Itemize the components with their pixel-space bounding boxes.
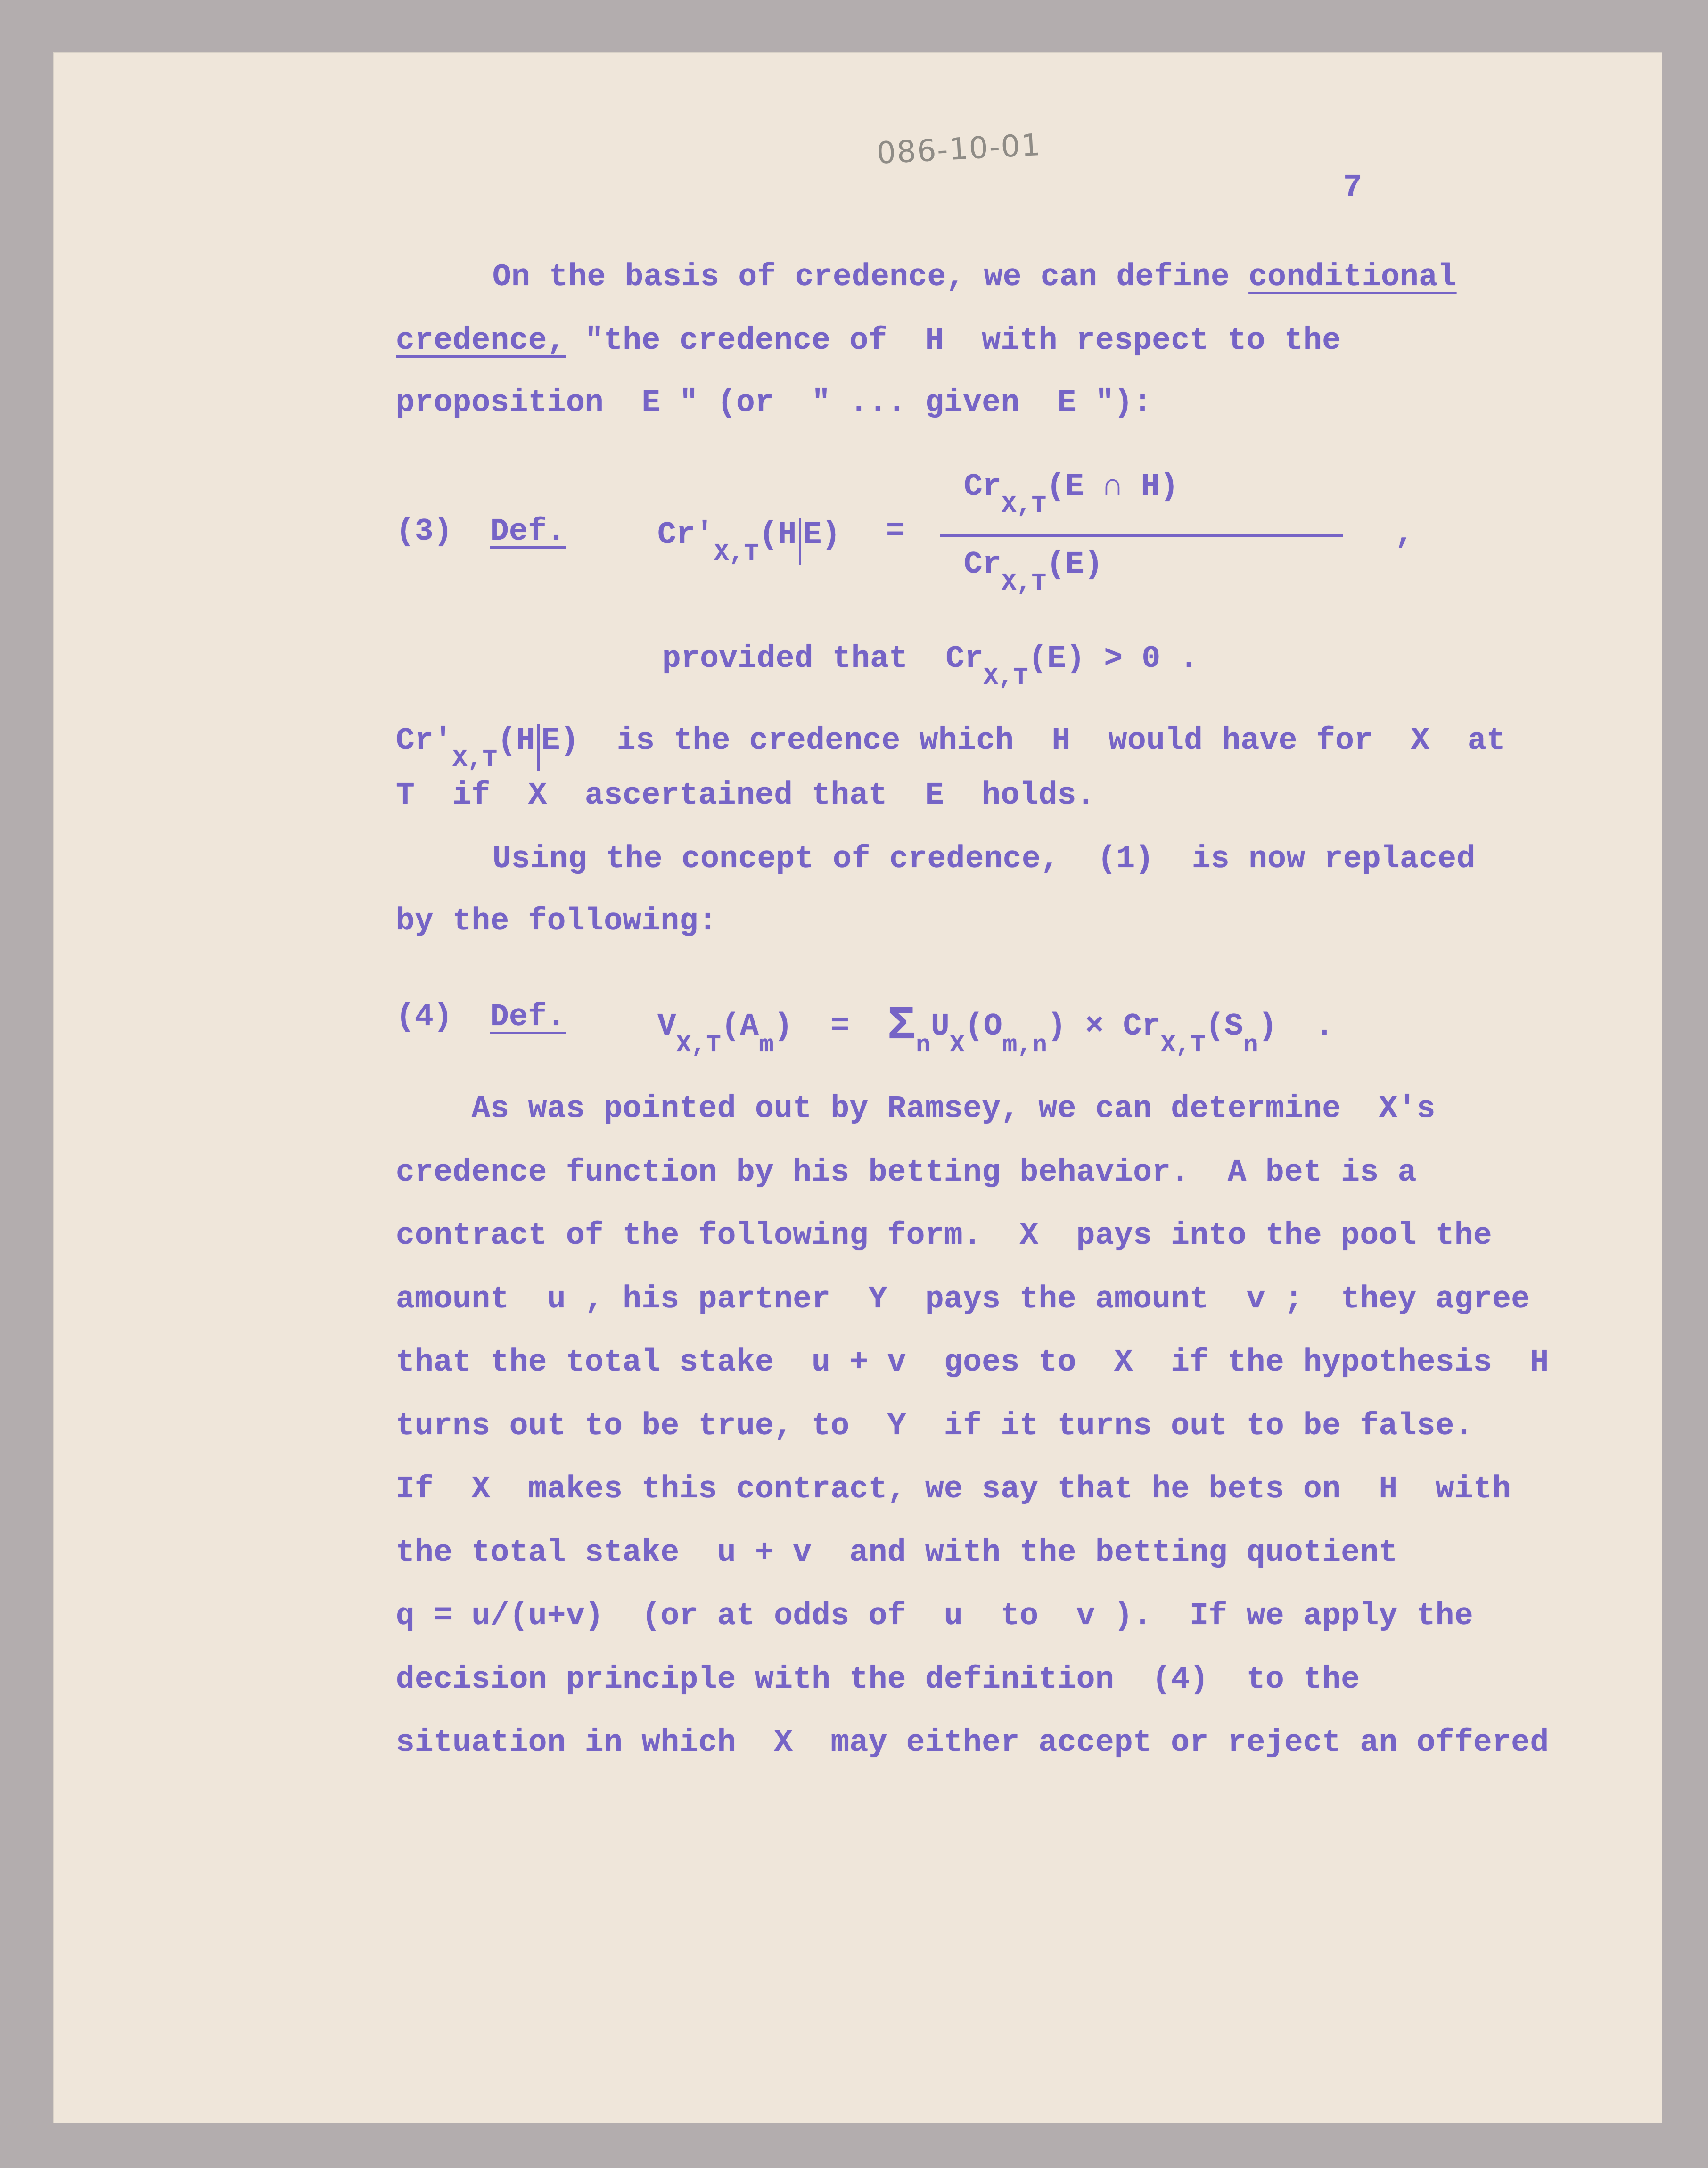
period: . <box>1315 1009 1334 1044</box>
proviso-text: (E) > 0 . <box>1028 641 1199 676</box>
typewritten-page <box>54 53 1662 2123</box>
para3-line: decision principle with the definition (… <box>396 1664 1360 1695</box>
para3-line: q = u/(u+v) (or at odds of u to v ). If … <box>396 1601 1473 1632</box>
fraction-line <box>940 534 1343 537</box>
subscript: m <box>759 1031 774 1059</box>
para3-line: contract of the following form. X pays i… <box>396 1220 1492 1251</box>
para3-line: that the total stake u + v goes to X if … <box>396 1347 1549 1378</box>
def3-number: (3) <box>396 516 452 547</box>
subscript: X,T <box>676 1031 721 1059</box>
cr: Cr <box>964 547 1002 582</box>
subscript: X <box>950 1031 965 1059</box>
arg: ) <box>1047 1009 1066 1044</box>
times-symbol: × <box>1085 1009 1104 1044</box>
subscript: n <box>1243 1031 1258 1059</box>
def3-comma: , <box>1395 518 1414 550</box>
arg: (O <box>965 1009 1002 1044</box>
explain-line1: Cr'X,T(HE) is the credence which H would… <box>396 717 1505 764</box>
proviso-text: provided that <box>662 641 946 676</box>
para1-text: On the basis of credence, we can define <box>493 259 1248 295</box>
para3-line: As was pointed out by Ramsey, we can det… <box>396 1093 1436 1125</box>
para1-line3: proposition E " (or " ... given E "): <box>396 387 1152 419</box>
para3-line: amount u , his partner Y pays the amount… <box>396 1284 1530 1315</box>
cr-prime: Cr' <box>657 517 714 552</box>
para3-line: situation in which X may either accept o… <box>396 1727 1549 1758</box>
cr: Cr <box>1123 1009 1161 1044</box>
cr: Cr <box>946 641 984 676</box>
def3-denominator: CrX,T(E) <box>964 549 1103 580</box>
cr: Cr <box>964 469 1002 504</box>
arg: E) <box>803 517 841 552</box>
proviso-line: provided that CrX,T(E) > 0 . <box>662 643 1199 674</box>
def4-number: (4) <box>396 1002 452 1033</box>
arg: (H <box>497 723 535 758</box>
subscript: X,T <box>714 540 759 567</box>
para1-line1: On the basis of credence, we can define … <box>493 262 1456 293</box>
para1-text: "the credence of H with respect to the <box>566 323 1341 358</box>
arg: (H <box>759 517 797 552</box>
subscript: X,T <box>1002 569 1046 597</box>
equals: = <box>831 1009 850 1044</box>
subscript: m,n <box>1002 1031 1047 1059</box>
subscript: X,T <box>452 746 497 773</box>
explain-line2: T if X ascertained that E holds. <box>396 780 1095 811</box>
explain-text: is the credence which H would have for X… <box>579 723 1505 758</box>
def4-formula: VX,T(Am) = ΣnUX(Om,n) × CrX,T(Sn) . <box>657 999 1334 1046</box>
para1-line2: credence, "the credence of H with respec… <box>396 325 1341 356</box>
cr-prime: Cr' <box>396 723 452 758</box>
page-number: 7 <box>1343 172 1362 203</box>
def3-lhs: Cr'X,T(HE) <box>657 511 841 558</box>
subscript: X,T <box>984 664 1028 691</box>
term-credence: credence, <box>396 323 566 358</box>
arg: (E) <box>1046 547 1103 582</box>
para2-line1: Using the concept of credence, (1) is no… <box>493 844 1476 875</box>
arg: (A <box>721 1009 759 1044</box>
para3-line: turns out to be true, to Y if it turns o… <box>396 1411 1473 1442</box>
arg: ) <box>774 1009 793 1044</box>
arg: ) <box>1258 1009 1277 1044</box>
sigma-symbol: Σ <box>887 1000 916 1053</box>
subscript: X,T <box>1161 1031 1206 1059</box>
def3-numerator: CrX,T(E ∩ H) <box>964 471 1179 502</box>
term-conditional: conditional <box>1248 259 1456 295</box>
given-bar <box>537 724 540 771</box>
given-bar <box>799 518 801 565</box>
para2-line2: by the following: <box>396 906 717 937</box>
para3-line: credence function by his betting behavio… <box>396 1157 1417 1188</box>
para3-line: If X makes this contract, we say that he… <box>396 1474 1511 1505</box>
arg: (S <box>1206 1009 1243 1044</box>
arg: (E ∩ H) <box>1046 469 1179 504</box>
subscript: n <box>916 1031 931 1059</box>
u: U <box>931 1009 950 1044</box>
def3-label: Def. <box>490 516 566 547</box>
arg: E) <box>542 723 579 758</box>
def3-equals: = <box>886 516 905 547</box>
v: V <box>657 1009 676 1044</box>
def4-label: Def. <box>490 1002 566 1033</box>
subscript: X,T <box>1002 492 1046 519</box>
para3-line: the total stake u + v and with the betti… <box>396 1537 1398 1569</box>
